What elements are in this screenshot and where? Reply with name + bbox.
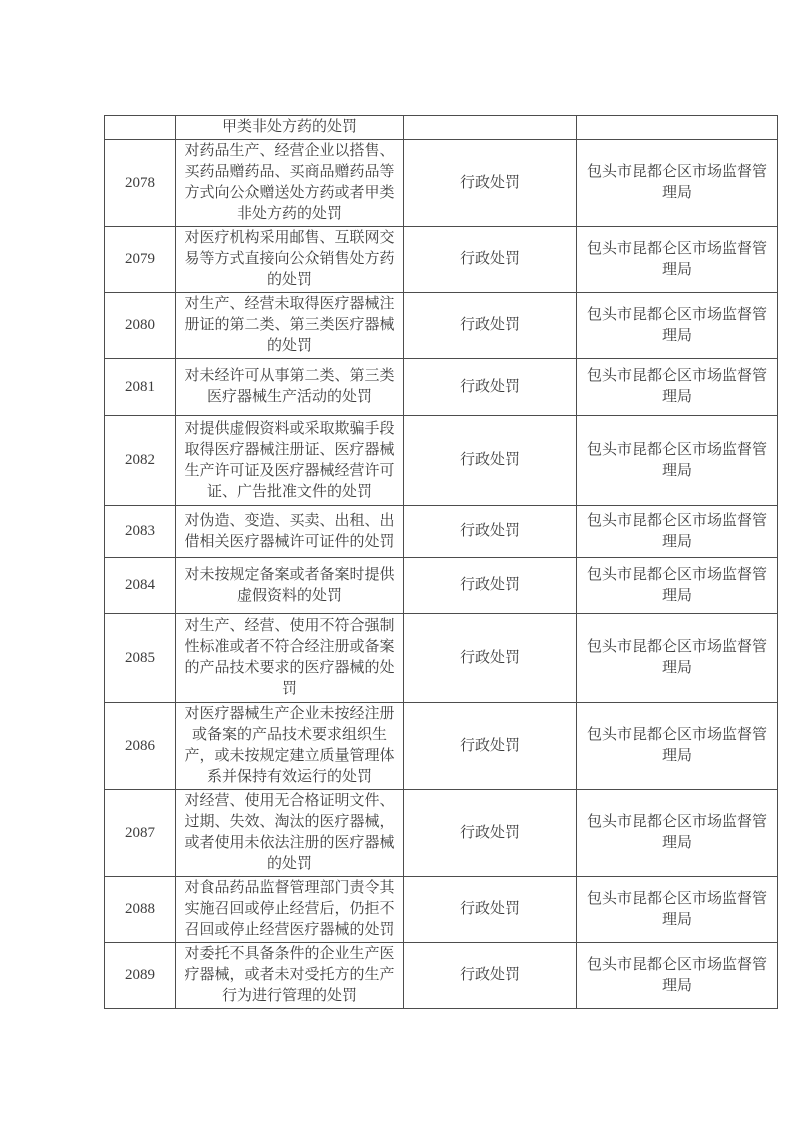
row-id-cell: 2087 <box>105 790 176 877</box>
item-cell: 对医疗器械生产企业未按经注册或备案的产品技术要求组织生产，或未按规定建立质量管理… <box>176 703 404 790</box>
row-id-cell: 2089 <box>105 943 176 1009</box>
table-row: 2083对伪造、变造、买卖、出租、出借相关医疗器械许可证件的处罚行政处罚包头市昆… <box>105 506 778 558</box>
row-id-cell <box>105 116 176 140</box>
type-cell: 行政处罚 <box>404 703 577 790</box>
type-cell: 行政处罚 <box>404 140 577 227</box>
authority-cell: 包头市昆都仑区市场监督管理局 <box>577 877 778 943</box>
type-cell: 行政处罚 <box>404 614 577 703</box>
item-cell: 对提供虚假资料或采取欺骗手段取得医疗器械注册证、医疗器械生产许可证及医疗器械经营… <box>176 416 404 506</box>
table-row: 2089对委托不具备条件的企业生产医疗器械，或者未对受托方的生产行为进行管理的处… <box>105 943 778 1009</box>
authority-cell: 包头市昆都仑区市场监督管理局 <box>577 614 778 703</box>
type-cell <box>404 116 577 140</box>
type-cell: 行政处罚 <box>404 877 577 943</box>
authority-cell: 包头市昆都仑区市场监督管理局 <box>577 293 778 359</box>
authority-cell: 包头市昆都仑区市场监督管理局 <box>577 227 778 293</box>
row-id-cell: 2086 <box>105 703 176 790</box>
authority-cell: 包头市昆都仑区市场监督管理局 <box>577 558 778 614</box>
authority-cell: 包头市昆都仑区市场监督管理局 <box>577 416 778 506</box>
table-row: 2088对食品药品监督管理部门责令其实施召回或停止经营后，仍拒不召回或停止经营医… <box>105 877 778 943</box>
table-row: 2086对医疗器械生产企业未按经注册或备案的产品技术要求组织生产，或未按规定建立… <box>105 703 778 790</box>
row-id-cell: 2079 <box>105 227 176 293</box>
authority-cell: 包头市昆都仑区市场监督管理局 <box>577 506 778 558</box>
authority-cell: 包头市昆都仑区市场监督管理局 <box>577 943 778 1009</box>
type-cell: 行政处罚 <box>404 506 577 558</box>
type-cell: 行政处罚 <box>404 943 577 1009</box>
authority-cell: 包头市昆都仑区市场监督管理局 <box>577 790 778 877</box>
type-cell: 行政处罚 <box>404 227 577 293</box>
type-cell: 行政处罚 <box>404 416 577 506</box>
table-row: 2085对生产、经营、使用不符合强制性标准或者不符合经注册或备案的产品技术要求的… <box>105 614 778 703</box>
table-row: 2087对经营、使用无合格证明文件、过期、失效、淘汰的医疗器械，或者使用未依法注… <box>105 790 778 877</box>
type-cell: 行政处罚 <box>404 558 577 614</box>
item-cell: 对医疗机构采用邮售、互联网交易等方式直接向公众销售处方药的处罚 <box>176 227 404 293</box>
document-page: 甲类非处方药的处罚2078对药品生产、经营企业以搭售、买药品赠药品、买商品赠药品… <box>0 0 793 1122</box>
item-cell: 对委托不具备条件的企业生产医疗器械，或者未对受托方的生产行为进行管理的处罚 <box>176 943 404 1009</box>
row-id-cell: 2081 <box>105 359 176 416</box>
row-id-cell: 2084 <box>105 558 176 614</box>
row-id-cell: 2082 <box>105 416 176 506</box>
item-cell: 对未经许可从事第二类、第三类医疗器械生产活动的处罚 <box>176 359 404 416</box>
item-cell: 对食品药品监督管理部门责令其实施召回或停止经营后，仍拒不召回或停止经营医疗器械的… <box>176 877 404 943</box>
item-cell: 对药品生产、经营企业以搭售、买药品赠药品、买商品赠药品等方式向公众赠送处方药或者… <box>176 140 404 227</box>
row-id-cell: 2085 <box>105 614 176 703</box>
authority-cell <box>577 116 778 140</box>
table-row: 2082对提供虚假资料或采取欺骗手段取得医疗器械注册证、医疗器械生产许可证及医疗… <box>105 416 778 506</box>
table-body: 甲类非处方药的处罚2078对药品生产、经营企业以搭售、买药品赠药品、买商品赠药品… <box>105 116 778 1009</box>
table-row: 甲类非处方药的处罚 <box>105 116 778 140</box>
penalty-table: 甲类非处方药的处罚2078对药品生产、经营企业以搭售、买药品赠药品、买商品赠药品… <box>104 115 778 1009</box>
item-cell: 甲类非处方药的处罚 <box>176 116 404 140</box>
item-cell: 对经营、使用无合格证明文件、过期、失效、淘汰的医疗器械，或者使用未依法注册的医疗… <box>176 790 404 877</box>
row-id-cell: 2078 <box>105 140 176 227</box>
authority-cell: 包头市昆都仑区市场监督管理局 <box>577 140 778 227</box>
authority-cell: 包头市昆都仑区市场监督管理局 <box>577 359 778 416</box>
table-row: 2080对生产、经营未取得医疗器械注册证的第二类、第三类医疗器械的处罚行政处罚包… <box>105 293 778 359</box>
authority-cell: 包头市昆都仑区市场监督管理局 <box>577 703 778 790</box>
row-id-cell: 2083 <box>105 506 176 558</box>
table-row: 2079对医疗机构采用邮售、互联网交易等方式直接向公众销售处方药的处罚行政处罚包… <box>105 227 778 293</box>
row-id-cell: 2080 <box>105 293 176 359</box>
item-cell: 对生产、经营未取得医疗器械注册证的第二类、第三类医疗器械的处罚 <box>176 293 404 359</box>
item-cell: 对生产、经营、使用不符合强制性标准或者不符合经注册或备案的产品技术要求的医疗器械… <box>176 614 404 703</box>
type-cell: 行政处罚 <box>404 790 577 877</box>
item-cell: 对伪造、变造、买卖、出租、出借相关医疗器械许可证件的处罚 <box>176 506 404 558</box>
table-row: 2084对未按规定备案或者备案时提供虚假资料的处罚行政处罚包头市昆都仑区市场监督… <box>105 558 778 614</box>
table-row: 2078对药品生产、经营企业以搭售、买药品赠药品、买商品赠药品等方式向公众赠送处… <box>105 140 778 227</box>
type-cell: 行政处罚 <box>404 359 577 416</box>
item-cell: 对未按规定备案或者备案时提供虚假资料的处罚 <box>176 558 404 614</box>
type-cell: 行政处罚 <box>404 293 577 359</box>
table-row: 2081对未经许可从事第二类、第三类医疗器械生产活动的处罚行政处罚包头市昆都仑区… <box>105 359 778 416</box>
row-id-cell: 2088 <box>105 877 176 943</box>
